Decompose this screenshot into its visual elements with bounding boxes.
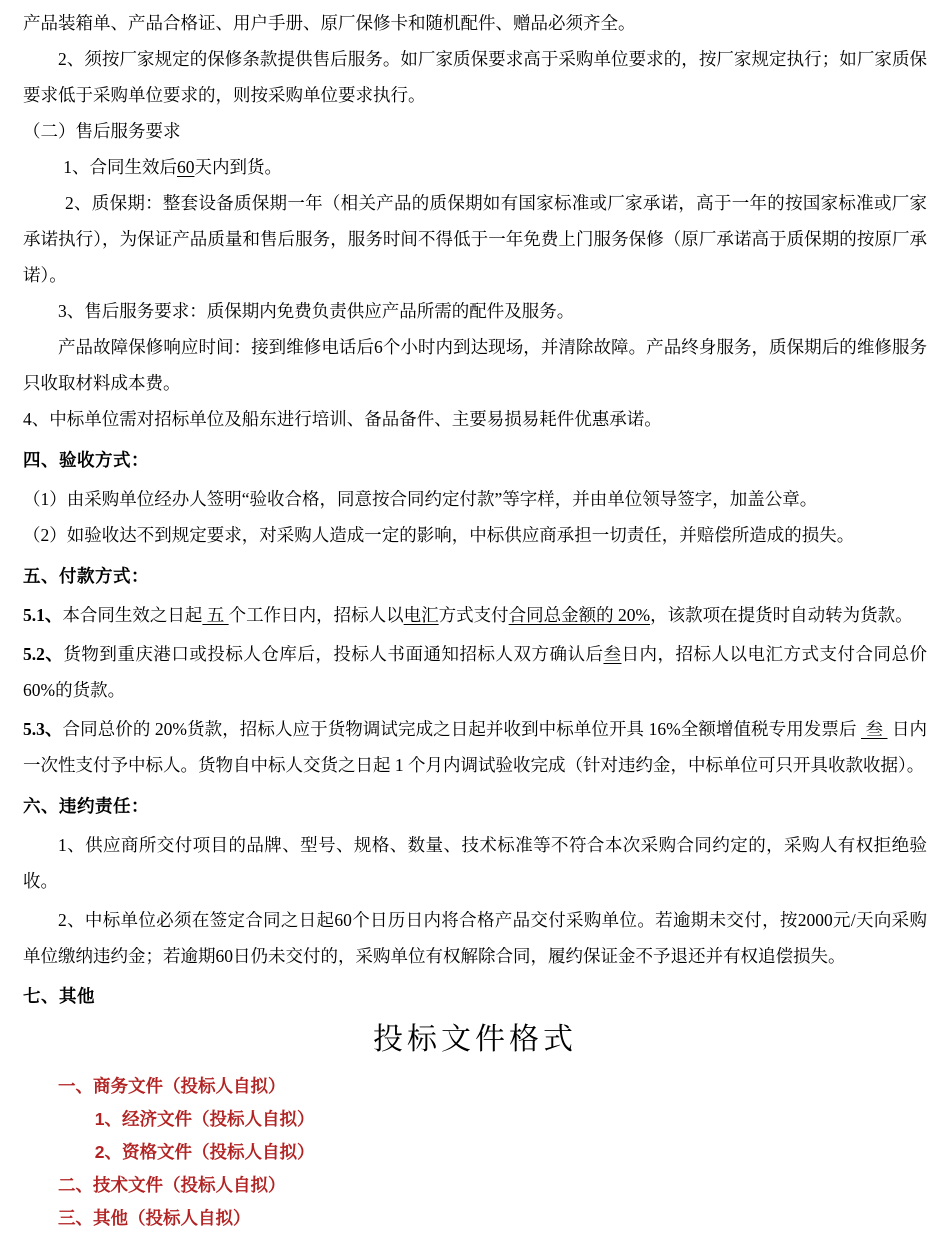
clause-training-commitment: 4、中标单位需对招标单位及船东进行培训、备品备件、主要易损易耗件优惠承诺。: [23, 401, 927, 437]
clause-breach-2-text: 2、中标单位必须在签定合同之日起60个日历日内将合格产品交付采购单位。若逾期未交…: [23, 910, 927, 966]
clause-payment-5-1: 5.1、本合同生效之日起 五 个工作日内，招标人以电汇方式支付合同总金额的 20…: [23, 597, 927, 633]
clause-payment-5-3-text: 5.3、: [23, 719, 63, 739]
heading-acceptance: 四、验收方式：: [23, 442, 927, 478]
clause-payment-5-1-text: 本合同生效之日起: [62, 605, 202, 625]
clause-packing-list-text: 产品装箱单、产品合格证、用户手册、原厂保修卡和随机配件、赠品必须齐全。: [23, 13, 636, 33]
clause-delivery-60-days-text: 60: [177, 157, 195, 177]
clause-payment-5-3-text: 叁: [861, 719, 888, 739]
clause-delivery-60-days-text: 天内到货。: [195, 157, 283, 177]
clause-payment-5-2-text: 5.2、: [23, 644, 63, 664]
clause-warranty-period: 2、质保期：整套设备质保期一年（相关产品的质保期如有国家标准或厂家承诺，高于一年…: [23, 185, 927, 293]
outline-economic-documents-text: 1、经济文件（投标人自拟）: [95, 1109, 315, 1129]
clause-payment-5-3: 5.3、合同总价的 20%货款，招标人应于货物调试完成之日起并收到中标单位开具 …: [23, 711, 927, 783]
outline-business-documents-text: 一、商务文件（投标人自拟）: [58, 1076, 286, 1096]
clause-repair-response: 产品故障保修响应时间：接到维修电话后6个小时内到达现场，并清除故障。产品终身服务…: [23, 329, 927, 401]
clause-payment-5-1-text: ，该款项在提货时自动转为货款。: [650, 605, 913, 625]
clause-after-sales-requirement: 3、售后服务要求：质保期内免费负责供应产品所需的配件及服务。: [23, 293, 927, 329]
outline-qualification-documents-text: 2、资格文件（投标人自拟）: [95, 1142, 315, 1162]
outline-qualification-documents: 2、资格文件（投标人自拟）: [23, 1136, 927, 1169]
heading-payment: 五、付款方式：: [23, 558, 927, 594]
clause-payment-5-2-text: 货物到重庆港口或投标人仓库后，投标人书面通知招标人双方确认后: [63, 644, 603, 664]
clause-breach-1: 1、供应商所交付项目的品牌、型号、规格、数量、技术标准等不符合本次采购合同约定的…: [23, 827, 927, 899]
clause-repair-response-text: 产品故障保修响应时间：接到维修电话后6个小时内到达现场，并清除故障。产品终身服务…: [23, 337, 927, 393]
clause-warranty-period-text: 2、质保期：整套设备质保期一年（相关产品的质保期如有国家标准或厂家承诺，高于一年…: [23, 193, 927, 285]
clause-acceptance-2-text: （2）如验收达不到规定要求，对采购人造成一定的影响，中标供应商承担一切责任，并赔…: [23, 525, 854, 545]
clause-breach-1-text: 1、供应商所交付项目的品牌、型号、规格、数量、技术标准等不符合本次采购合同约定的…: [23, 835, 927, 891]
clause-payment-5-3-text: 合同总价的 20%货款，招标人应于货物调试完成之日起并收到中标单位开具 16%全…: [63, 719, 861, 739]
clause-payment-5-1-text: 五: [202, 605, 228, 625]
outline-technical-documents-text: 二、技术文件（投标人自拟）: [58, 1175, 286, 1195]
clause-warranty-terms: 2、须按厂家规定的保修条款提供售后服务。如厂家质保要求高于采购单位要求的，按厂家…: [23, 41, 927, 113]
title-bid-document-format-text: 投标文件格式: [373, 1023, 577, 1056]
outline-business-documents: 一、商务文件（投标人自拟）: [23, 1070, 927, 1103]
clause-acceptance-1-text: （1）由采购单位经办人签明“验收合格，同意按合同约定付款”等字样，并由单位领导签…: [23, 489, 817, 509]
clause-warranty-terms-text: 2、须按厂家规定的保修条款提供售后服务。如厂家质保要求高于采购单位要求的，按厂家…: [23, 49, 927, 105]
heading-breach-text: 六、违约责任：: [23, 796, 149, 816]
outline-other: 三、其他（投标人自拟）: [23, 1202, 927, 1235]
section-after-sales-service-text: （二）售后服务要求: [23, 121, 181, 141]
clause-payment-5-2-text: 叁: [603, 644, 621, 664]
clause-after-sales-requirement-text: 3、售后服务要求：质保期内免费负责供应产品所需的配件及服务。: [58, 301, 574, 321]
heading-payment-text: 五、付款方式：: [23, 566, 149, 586]
clause-acceptance-1: （1）由采购单位经办人签明“验收合格，同意按合同约定付款”等字样，并由单位领导签…: [23, 481, 927, 517]
clause-payment-5-1-text: 合同总金额的 20%: [509, 605, 650, 625]
document-page: 产品装箱单、产品合格证、用户手册、原厂保修卡和随机配件、赠品必须齐全。2、须按厂…: [0, 0, 950, 1245]
clause-delivery-60-days: 1、合同生效后60天内到货。: [23, 149, 927, 185]
heading-other-text: 七、其他: [23, 986, 95, 1006]
outline-technical-documents: 二、技术文件（投标人自拟）: [23, 1169, 927, 1202]
clause-payment-5-1-text: 5.1、: [23, 605, 62, 625]
clause-training-commitment-text: 4、中标单位需对招标单位及船东进行培训、备品备件、主要易损易耗件优惠承诺。: [23, 409, 662, 429]
heading-breach: 六、违约责任：: [23, 788, 927, 824]
clause-acceptance-2: （2）如验收达不到规定要求，对采购人造成一定的影响，中标供应商承担一切责任，并赔…: [23, 517, 927, 553]
outline-economic-documents: 1、经济文件（投标人自拟）: [23, 1103, 927, 1136]
clause-payment-5-1-text: 电汇: [404, 605, 439, 625]
clause-payment-5-1-text: 个工作日内，招标人以: [229, 605, 404, 625]
section-after-sales-service: （二）售后服务要求: [23, 113, 927, 149]
clause-payment-5-1-text: 方式支付: [439, 605, 509, 625]
title-bid-document-format: 投标文件格式: [23, 1016, 927, 1064]
contract-body: 产品装箱单、产品合格证、用户手册、原厂保修卡和随机配件、赠品必须齐全。2、须按厂…: [23, 5, 927, 1235]
clause-breach-2: 2、中标单位必须在签定合同之日起60个日历日内将合格产品交付采购单位。若逾期未交…: [23, 902, 927, 974]
heading-other: 七、其他: [23, 978, 927, 1014]
clause-payment-5-2: 5.2、货物到重庆港口或投标人仓库后，投标人书面通知招标人双方确认后叁日内，招标…: [23, 636, 927, 708]
outline-other-text: 三、其他（投标人自拟）: [58, 1208, 251, 1228]
heading-acceptance-text: 四、验收方式：: [23, 450, 149, 470]
clause-delivery-60-days-text: 1、合同生效后: [63, 157, 177, 177]
clause-packing-list: 产品装箱单、产品合格证、用户手册、原厂保修卡和随机配件、赠品必须齐全。: [23, 5, 927, 41]
